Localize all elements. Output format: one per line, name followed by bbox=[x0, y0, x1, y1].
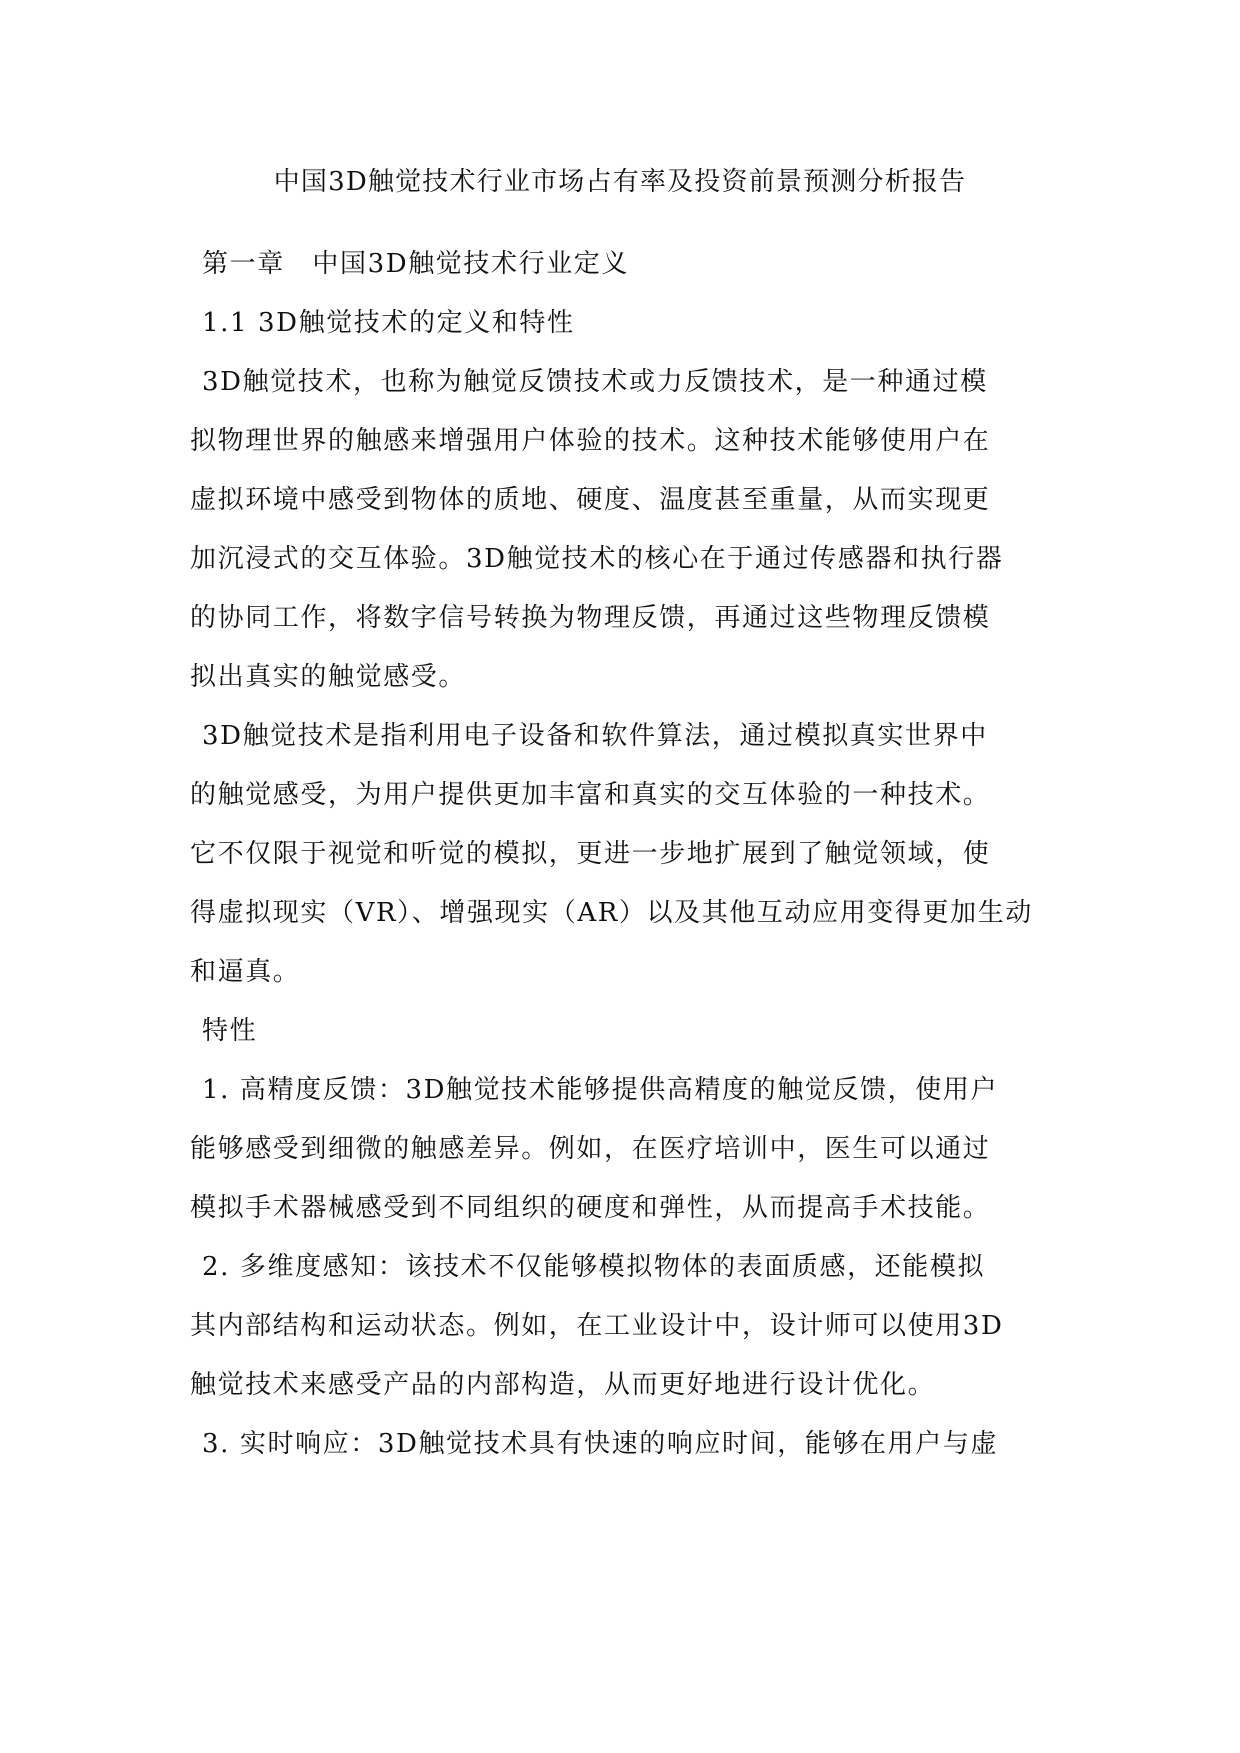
list-item: 2. 多维度感知：该技术不仅能够模拟物体的表面质感，还能模拟 bbox=[202, 1249, 985, 1285]
paragraph-line: 得虚拟现实（VR）、增强现实（AR）以及其他互动应用变得更加生动 bbox=[190, 895, 1033, 931]
paragraph-line: 模拟手术器械感受到不同组织的硬度和弹性，从而提高手术技能。 bbox=[190, 1190, 990, 1226]
section-heading: 1.1 3D触觉技术的定义和特性 bbox=[202, 305, 575, 341]
paragraph-line: 虚拟环境中感受到物体的质地、硬度、温度甚至重量，从而实现更 bbox=[190, 482, 990, 518]
paragraph-line: 能够感受到细微的触感差异。例如，在医疗培训中，医生可以通过 bbox=[190, 1131, 990, 1167]
list-item: 1. 高精度反馈：3D触觉技术能够提供高精度的触觉反馈，使用户 bbox=[202, 1072, 998, 1108]
paragraph-line: 3D触觉技术，也称为触觉反馈技术或力反馈技术，是一种通过模 bbox=[202, 364, 988, 400]
document-title: 中国3D触觉技术行业市场占有率及投资前景预测分析报告 bbox=[0, 164, 1240, 200]
paragraph-line: 3D触觉技术是指利用电子设备和软件算法，通过模拟真实世界中 bbox=[202, 718, 988, 754]
paragraph-line: 拟出真实的触觉感受。 bbox=[190, 659, 466, 695]
chapter-heading: 第一章 中国3D触觉技术行业定义 bbox=[202, 246, 629, 282]
paragraph-line: 拟物理世界的触感来增强用户体验的技术。这种技术能够使用户在 bbox=[190, 423, 990, 459]
list-item: 3. 实时响应：3D触觉技术具有快速的响应时间，能够在用户与虚 bbox=[202, 1426, 998, 1462]
subheading-features: 特性 bbox=[202, 1013, 257, 1049]
paragraph-line: 其内部结构和运动状态。例如，在工业设计中，设计师可以使用3D bbox=[190, 1308, 1003, 1344]
paragraph-line: 加沉浸式的交互体验。3D触觉技术的核心在于通过传感器和执行器 bbox=[190, 541, 1003, 577]
paragraph-line: 它不仅限于视觉和听觉的模拟，更进一步地扩展到了触觉领域，使 bbox=[190, 836, 990, 872]
document-page: 中国3D触觉技术行业市场占有率及投资前景预测分析报告 第一章 中国3D触觉技术行… bbox=[0, 0, 1240, 1753]
paragraph-line: 的协同工作，将数字信号转换为物理反馈，再通过这些物理反馈模 bbox=[190, 600, 990, 636]
paragraph-line: 和逼真。 bbox=[190, 954, 300, 990]
paragraph-line: 触觉技术来感受产品的内部构造，从而更好地进行设计优化。 bbox=[190, 1367, 935, 1403]
paragraph-line: 的触觉感受，为用户提供更加丰富和真实的交互体验的一种技术。 bbox=[190, 777, 990, 813]
